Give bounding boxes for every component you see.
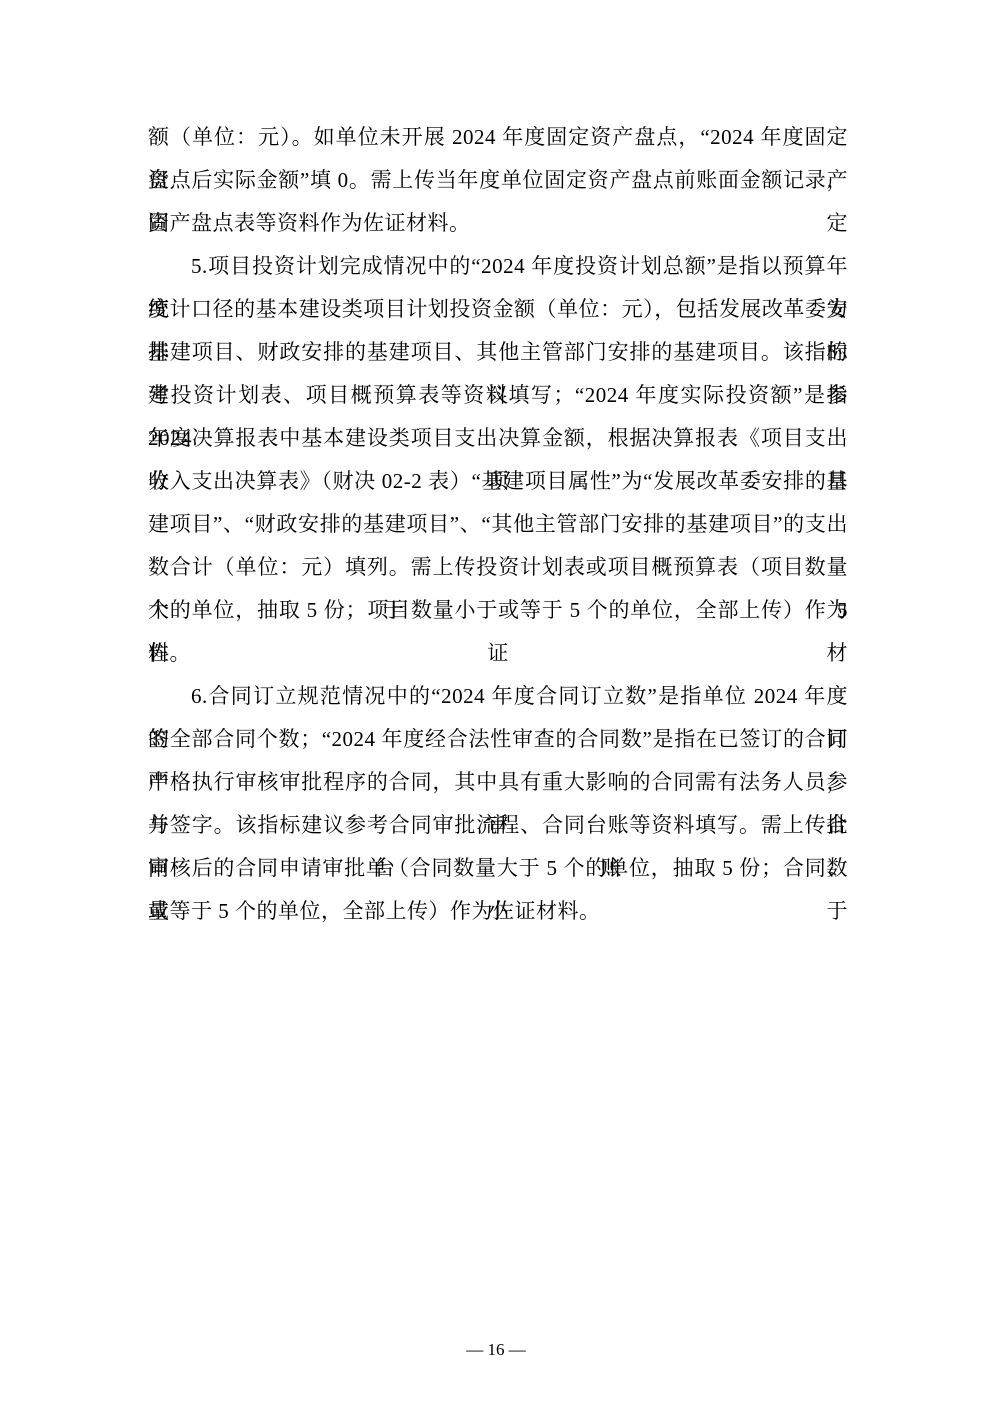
text-line: 审核后的合同申请审批单（合同数量大于 5 个的单位，抽取 5 份；合同数量小于 — [148, 847, 848, 890]
text-line: 6.合同订立规范情况中的“2024 年度合同订立数”是指单位 2024 年度签订 — [148, 675, 848, 718]
text-line: 数合计（单位：元）填列。需上传投资计划表或项目概预算表（项目数量大于 5 — [148, 546, 848, 589]
document-page: 额（单位：元）。如单位未开展 2024 年度固定资产盘点，“2024 年度固定资… — [0, 0, 992, 1403]
text-line: 严格执行审核审批程序的合同，其中具有重大影响的合同需有法务人员参与审批 — [148, 761, 848, 804]
text-line: 5.项目投资计划完成情况中的“2024 年度投资计划总额”是指以预算年度为 — [148, 245, 848, 288]
text-line: 基建项目、财政安排的基建项目、其他主管部门安排的基建项目。该指标建议参 — [148, 331, 848, 374]
text-line: 额（单位：元）。如单位未开展 2024 年度固定资产盘点，“2024 年度固定资… — [148, 116, 848, 159]
text-line: 年度决算报表中基本建设类项目支出决算金额，根据决算报表《项目支出分项目 — [148, 417, 848, 460]
text-line: 个的单位，抽取 5 份；项目数量小于或等于 5 个的单位，全部上传）作为佐证材 — [148, 589, 848, 632]
text-line: 统计口径的基本建设类项目计划投资金额（单位：元），包括发展改革委安排的 — [148, 288, 848, 331]
text-line: 建项目”、“财政安排的基建项目”、“其他主管部门安排的基建项目”的支出 — [148, 503, 848, 546]
text-line: 考投资计划表、项目概预算表等资料填写；“2024 年度实际投资额”是指 2024 — [148, 374, 848, 417]
text-line: 的全部合同个数；“2024 年度经合法性审查的合同数”是指在已签订的合同中， — [148, 718, 848, 761]
document-body: 额（单位：元）。如单位未开展 2024 年度固定资产盘点，“2024 年度固定资… — [148, 116, 848, 933]
text-line: 盘点后实际金额”填 0。需上传当年度单位固定资产盘点前账面金额记录，固定 — [148, 159, 848, 202]
text-line: 并签字。该指标建议参考合同审批流程、合同台账等资料填写。需上传合同台账、 — [148, 804, 848, 847]
text-line: 收入支出决算表》（财决 02-2 表）“基建项目属性”为“发展改革委安排的基 — [148, 460, 848, 503]
page-number: — 16 — — [0, 1338, 992, 1362]
